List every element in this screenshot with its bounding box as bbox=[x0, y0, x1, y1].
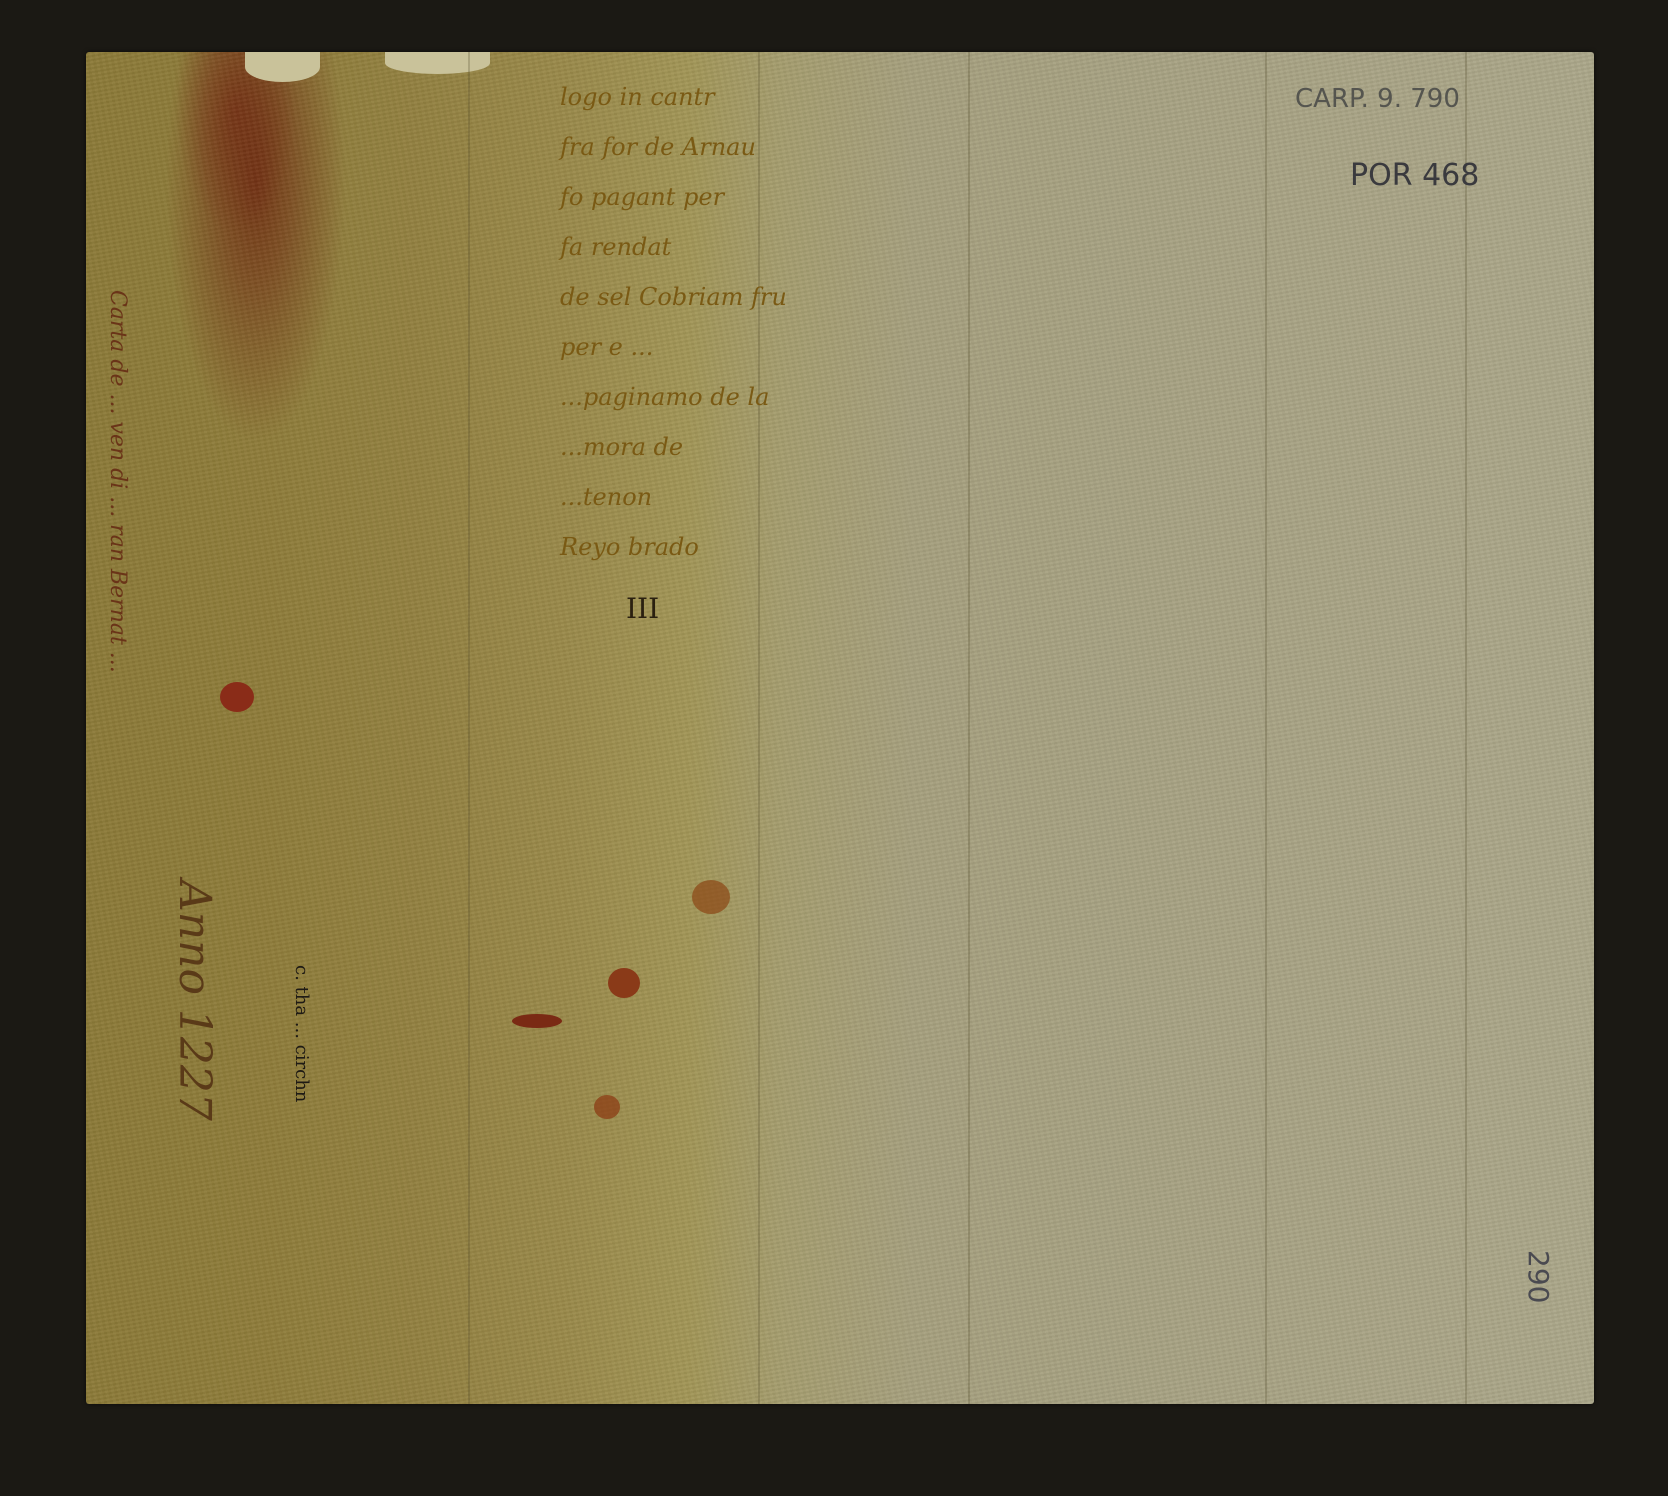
brown-stain bbox=[594, 1095, 620, 1119]
parchment-tear bbox=[245, 52, 320, 82]
red-stain bbox=[220, 682, 254, 712]
fold-line bbox=[1265, 52, 1267, 1404]
dorsal-line: Reyo brado bbox=[560, 522, 787, 572]
archive-mark-carp: CARP. 9. 790 bbox=[1295, 84, 1460, 114]
red-stain bbox=[608, 968, 640, 998]
dorsal-line: fra for de Arnau bbox=[560, 122, 787, 172]
dorsal-line: logo in cantr bbox=[560, 72, 787, 122]
left-margin-note: Carta de ... ven di ... ran Bernat ... bbox=[105, 290, 130, 673]
archive-mark-folio: 290 bbox=[1522, 1250, 1555, 1303]
dorsal-line: ...mora de bbox=[560, 422, 787, 472]
parchment-sheet bbox=[86, 52, 1594, 1404]
tally-mark: III bbox=[626, 592, 659, 625]
dorsal-line: ...paginamo de la bbox=[560, 372, 787, 422]
dorsal-line: fa rendat bbox=[560, 222, 787, 272]
fold-line bbox=[1465, 52, 1467, 1404]
parchment-tear bbox=[385, 52, 490, 74]
archive-mark-por: POR 468 bbox=[1350, 158, 1479, 193]
dorsal-note-block: logo in cantr fra for de Arnau fo pagant… bbox=[560, 72, 787, 572]
dorsal-line: de sel Cobriam fru bbox=[560, 272, 787, 322]
dorsal-line: per e ... bbox=[560, 322, 787, 372]
red-stain bbox=[512, 1014, 562, 1028]
fold-line bbox=[468, 52, 470, 1404]
dorsal-line: fo pagant per bbox=[560, 172, 787, 222]
dorsal-line: ...tenon bbox=[560, 472, 787, 522]
brown-stain bbox=[692, 880, 730, 914]
short-vertical-note: c. tha ... circhn bbox=[291, 965, 312, 1102]
year-note: Anno 1227 bbox=[169, 880, 220, 1121]
fold-line bbox=[968, 52, 970, 1404]
